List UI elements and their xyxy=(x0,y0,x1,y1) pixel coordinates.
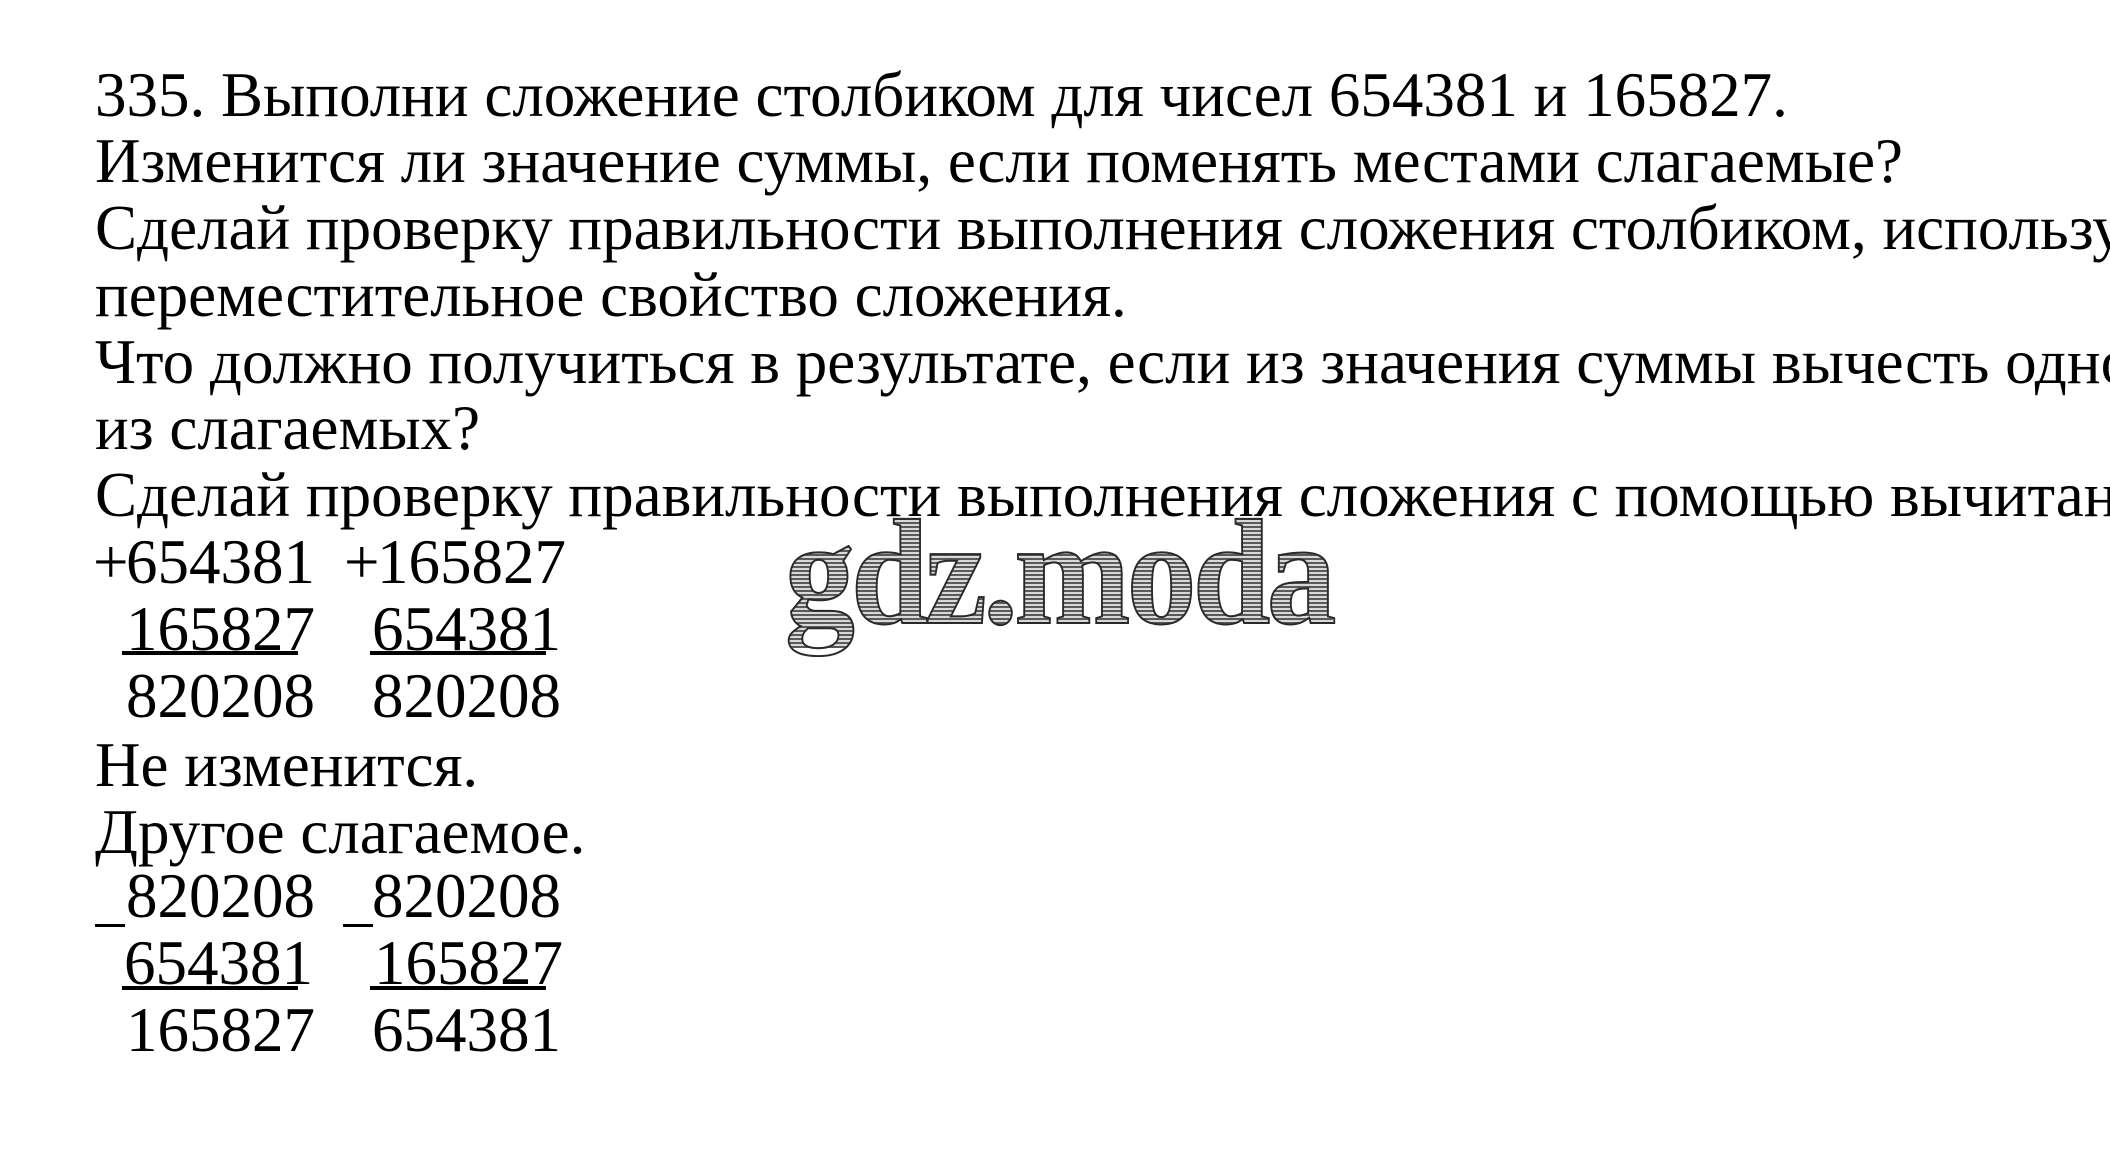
minuend: 820208 xyxy=(372,865,561,928)
difference-underline xyxy=(370,986,546,990)
difference-result: 654381 xyxy=(372,999,561,1062)
answer-1: Не изменится. xyxy=(95,734,478,797)
difference-underline xyxy=(122,986,298,990)
plus-sign: + xyxy=(344,531,380,594)
addend-top: 654381 xyxy=(126,531,315,594)
answer-2: Другое слагаемое. xyxy=(95,801,585,864)
task-line-5: Что должно получиться в результате, если… xyxy=(95,331,2110,394)
task-line-4: переместительное свойство сложения. xyxy=(95,264,1127,327)
minuend: 820208 xyxy=(126,865,315,928)
task-line-3: Сделай проверку правильности выполнения … xyxy=(95,197,2110,260)
difference-result: 165827 xyxy=(126,999,315,1062)
sum-underline xyxy=(370,651,546,655)
task-line-1: 335. Выполни сложение столбиком для чисе… xyxy=(95,64,1788,127)
solution-page: 335. Выполни сложение столбиком для чисе… xyxy=(0,0,2110,1174)
addend-top: 165827 xyxy=(377,531,566,594)
plus-sign: + xyxy=(93,531,129,594)
minus-sign xyxy=(343,924,373,927)
minus-sign xyxy=(95,924,125,927)
sum-result: 820208 xyxy=(372,665,561,728)
watermark-logo: gdz.moda xyxy=(785,498,1333,648)
sum-result: 820208 xyxy=(126,665,315,728)
task-line-2: Изменится ли значение суммы, если поменя… xyxy=(95,130,1903,193)
sum-underline xyxy=(122,651,298,655)
task-line-6: из слагаемых? xyxy=(95,397,480,460)
